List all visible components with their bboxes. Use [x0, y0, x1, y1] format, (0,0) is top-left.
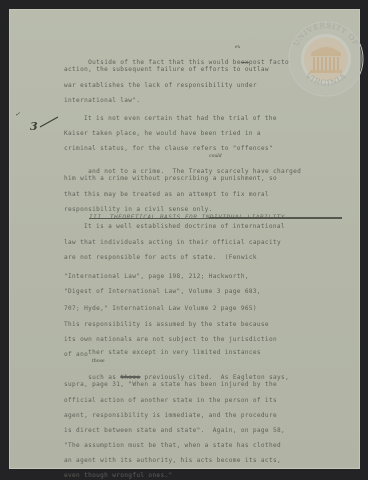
- text-line-28: even though wrongful ones.": [64, 472, 173, 480]
- text-line-7: criminal status, for the clause refers t…: [64, 145, 273, 153]
- check-mark-icon: ✓: [15, 111, 20, 118]
- handwritten-insert: those: [92, 359, 105, 364]
- text-line-14: are not responsible for acts of state. (…: [64, 254, 257, 262]
- text-line-16: "Digest of International Law", Volume 3 …: [64, 288, 261, 296]
- text-line-20: of another state except in very limited …: [64, 351, 261, 359]
- text-line-24: agent, responsibility is immediate, and …: [64, 412, 277, 420]
- text-line-13: law that individuals acting in their off…: [64, 239, 281, 247]
- text-line-2: action, the subsequent failure of effort…: [64, 66, 269, 74]
- text-line-3: war establishes the lack of responsibili…: [64, 82, 257, 90]
- struck-text: those: [120, 374, 140, 381]
- text-line-11: responsibility in a civil sense only.: [64, 206, 213, 214]
- strikethrough-line: [209, 217, 342, 219]
- text-line-6: Kaiser taken place, he would have been t…: [64, 130, 261, 138]
- text-line-15: "International Law", page 198, 212; Hack…: [64, 273, 249, 281]
- margin-slash-icon: [38, 115, 60, 129]
- text-line-18: This responsibility is assumed by the st…: [64, 321, 269, 329]
- text-line-12: It is a well established doctrine of int…: [84, 223, 285, 231]
- text-line-25: is direct between state and state". Agai…: [64, 427, 285, 435]
- handwritten-insert: could: [209, 154, 222, 159]
- university-seal-icon: UNIVERSITY OF VIRGINIA: [287, 19, 365, 99]
- text-line-22: supra, page 31, "When a state has been i…: [64, 381, 277, 389]
- margin-number: 3: [30, 120, 38, 133]
- struck-text: ex: [241, 59, 249, 66]
- document-page: UNIVERSITY OF VIRGINIA Outside of the fa…: [9, 9, 360, 469]
- scanned-document-viewer: UNIVERSITY OF VIRGINIA Outside of the fa…: [0, 0, 368, 480]
- text-line-23: official action of another state in the …: [64, 397, 277, 405]
- text-line-4: international law".: [64, 97, 140, 105]
- text-line-9: him with a crime without prescribing a p…: [64, 175, 277, 183]
- handwritten-insert: ex: [235, 45, 240, 50]
- text-line-19: its own nationals are not subject to the…: [64, 336, 277, 344]
- text-line-27: an agent with its authority, his acts be…: [64, 457, 281, 465]
- text-line-26: "The assumption must be that, when a sta…: [64, 442, 281, 450]
- text-line-5: It is not even certain that had the tria…: [84, 115, 277, 123]
- text-line-10: that this may be treated as an attempt t…: [64, 191, 269, 199]
- text-line-17: 707; Hyde," International Law Volume 2 p…: [64, 305, 257, 313]
